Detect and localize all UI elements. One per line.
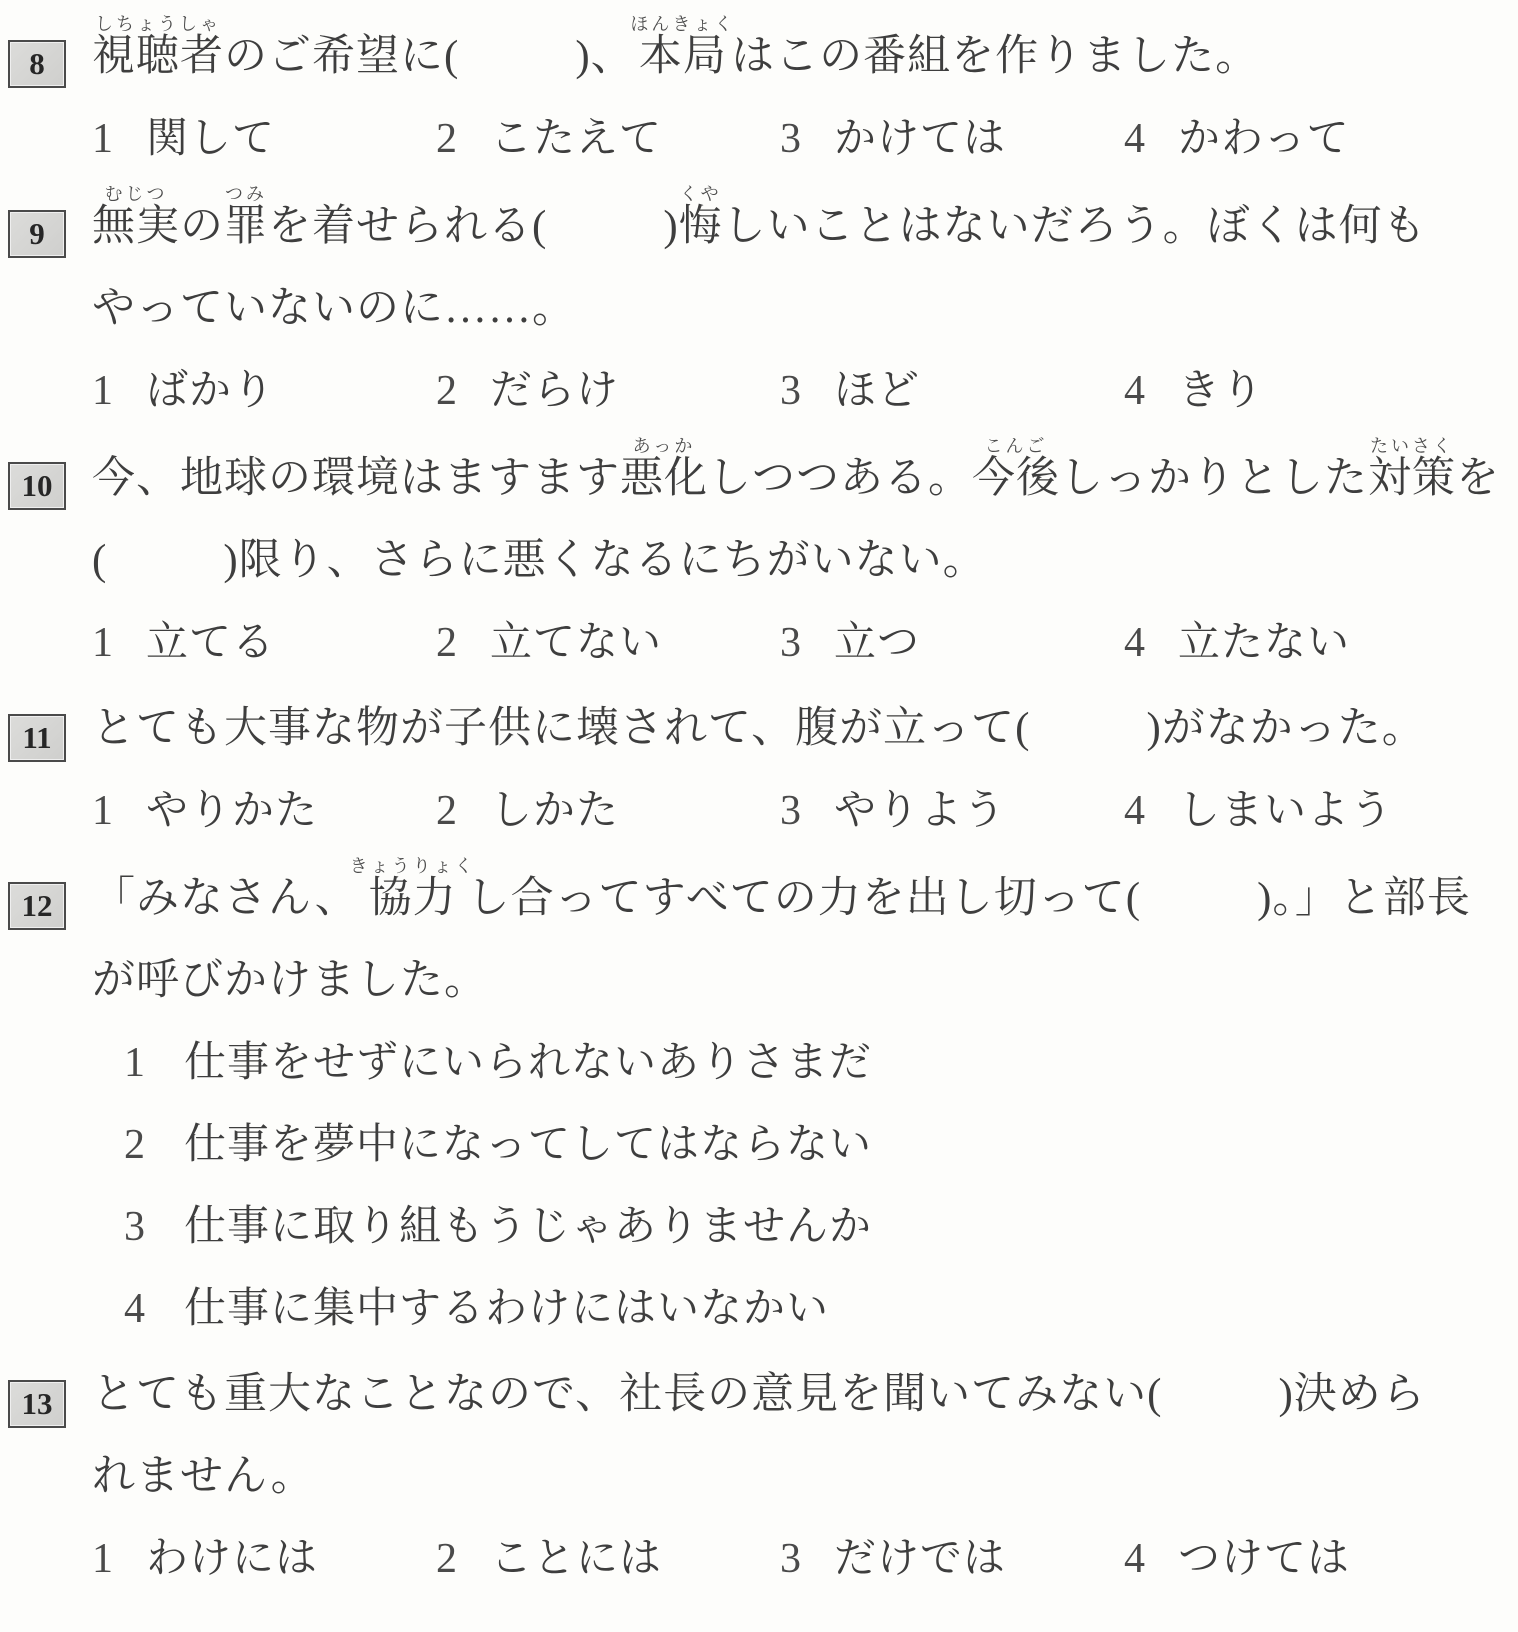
stem-text: はこの番組を作りました。 [731,33,1259,80]
furigana-reading: つみ [224,184,268,204]
furigana-base: 本局 [630,33,735,80]
option-number: 1 [92,98,114,180]
option-number: 1 [92,350,114,432]
furigana-base: 無実 [92,203,180,250]
option-label: ばかり [146,368,275,414]
furigana-ruby: 本局ほんきょく [635,33,732,80]
question-number-badge: 8 [8,40,66,88]
furigana-reading: しちょうしゃ [92,14,224,34]
option-number: 3 [780,350,802,432]
option-item: 4しまいよう [1124,770,1393,852]
option-label: 立てない [490,620,662,666]
furigana-base: 視聴者 [92,33,224,80]
option-label: やりかた [146,788,318,834]
option-number: 4 [124,1268,146,1350]
furigana-base: 対策 [1368,455,1456,502]
furigana-ruby: 罪つみ [224,203,268,250]
question-block: 8視聴者しちょうしゃのご希望に()、本局ほんきょくはこの番組を作りました。1関し… [0,14,1518,180]
option-item: 3ほど [780,350,1124,432]
stem-text: やっていないのに……。 [92,285,576,332]
option-label: ことには [490,1536,662,1582]
stem-text: とても重大なことなので、社長の意見を聞いてみない( [92,1371,1162,1418]
option-label: 仕事をせずにいられないありさまだ [184,1040,872,1086]
option-label: わけには [146,1536,318,1582]
option-item: 2だらけ [436,350,780,432]
option-number: 2 [436,770,458,852]
option-number: 2 [436,350,458,432]
question-block: 11とても大事な物が子供に壊されて、腹が立って()がなかった。1やりかた2しかた… [0,688,1518,852]
option-label: かわって [1178,116,1350,162]
stem-text: )がなかった。 [1146,705,1425,752]
question-stem-line: やっていないのに……。 [92,268,1502,350]
option-label: かけては [834,116,1006,162]
stem-text: を着せられる( [268,203,547,250]
option-number: 3 [780,770,802,852]
furigana-reading: きょうりょく [350,856,476,876]
question-block: 12「みなさん、協力きょうりょくし合ってすべての力を出し切って()。」と部長が呼… [0,856,1518,1350]
question-stem-line: とても重大なことなので、社長の意見を聞いてみない()決めら [92,1354,1502,1436]
option-item: 4仕事に集中するわけにはいなかい [92,1268,1502,1350]
furigana-base: 悪化 [620,455,708,502]
question-number-badge: 11 [8,714,66,762]
option-item: 1ばかり [92,350,436,432]
stem-text: 今、地球の環境はますます [92,455,620,502]
furigana-reading: たいさく [1368,436,1456,456]
furigana-ruby: 視聴者しちょうしゃ [92,33,224,80]
option-item: 1仕事をせずにいられないありさまだ [92,1022,1502,1104]
stem-text: し合ってすべての力を出し切って( [467,875,1141,922]
option-number: 1 [124,1022,146,1104]
furigana-base: 罪 [224,203,268,250]
option-label: つけては [1178,1536,1350,1582]
furigana-reading: あっか [620,436,708,456]
option-number: 1 [92,770,114,852]
furigana-reading: くや [679,184,723,204]
options-row: 1ばかり2だらけ3ほど4きり [92,350,1502,432]
option-item: 4立たない [1124,602,1350,684]
stem-text: )。」と部長 [1257,875,1471,922]
option-item: 3やりよう [780,770,1124,852]
stem-text: 「みなさん、 [92,875,359,922]
option-number: 4 [1124,770,1146,852]
furigana-ruby: 無実むじつ [92,203,180,250]
options-row: 1わけには2ことには3だけでは4つけては [92,1518,1502,1600]
option-item: 2立てない [436,602,780,684]
stem-text: れません。 [92,1453,315,1500]
option-label: 仕事に集中するわけにはいなかい [184,1286,829,1332]
option-number: 4 [1124,602,1146,684]
option-item: 2こたえて [436,98,780,180]
option-item: 3仕事に取り組もうじゃありませんか [92,1186,1502,1268]
question-stem-line: 視聴者しちょうしゃのご希望に()、本局ほんきょくはこの番組を作りました。 [92,14,1502,98]
furigana-ruby: 悔くや [679,203,723,250]
question-block: 13とても重大なことなので、社長の意見を聞いてみない()決められません。1わけに… [0,1354,1518,1600]
stem-text: を [1456,455,1500,502]
option-number: 4 [1124,1518,1146,1600]
option-label: 仕事に取り組もうじゃありませんか [184,1204,872,1250]
option-item: 3かけては [780,98,1124,180]
option-number: 4 [1124,98,1146,180]
option-number: 2 [436,602,458,684]
question-stem-line: 今、地球の環境はますます悪化あっかしつつある。今後こんごしっかりとした対策たいさ… [92,436,1502,520]
stem-text: が呼びかけました。 [92,957,488,1004]
question-stem-line: とても大事な物が子供に壊されて、腹が立って()がなかった。 [92,688,1502,770]
question-stem-line: が呼びかけました。 [92,940,1502,1022]
stem-text: とても大事な物が子供に壊されて、腹が立って( [92,705,1030,752]
document-page: 8視聴者しちょうしゃのご希望に()、本局ほんきょくはこの番組を作りました。1関し… [0,14,1518,1600]
stem-text: )、 [575,33,634,80]
options-row: 1関して2こたえて3かけては4かわって [92,98,1502,180]
option-number: 4 [1124,350,1146,432]
option-item: 1やりかた [92,770,436,852]
option-item: 3立つ [780,602,1124,684]
furigana-reading: むじつ [92,184,180,204]
option-label: きり [1178,368,1264,414]
option-item: 3だけでは [780,1518,1124,1600]
option-label: しかた [490,788,619,834]
question-list: 8視聴者しちょうしゃのご希望に()、本局ほんきょくはこの番組を作りました。1関し… [0,14,1518,1600]
option-number: 3 [780,98,802,180]
option-label: 立つ [834,620,920,666]
furigana-ruby: 今後こんご [972,455,1060,502]
option-item: 1わけには [92,1518,436,1600]
furigana-ruby: 対策たいさく [1368,455,1456,502]
option-item: 4きり [1124,350,1264,432]
furigana-ruby: 協力きょうりょく [359,875,467,922]
question-number-badge: 12 [8,882,66,930]
furigana-reading: ほんきょく [630,14,735,34]
option-label: だらけ [490,368,619,414]
furigana-base: 協力 [350,875,476,922]
option-item: 2しかた [436,770,780,852]
option-number: 3 [124,1186,146,1268]
option-label: やりよう [834,788,1006,834]
option-item: 2ことには [436,1518,780,1600]
question-stem-line: 無実むじつの罪つみを着せられる()悔くやしいことはないだろう。ぼくは何も [92,184,1502,268]
question-number-badge: 9 [8,210,66,258]
question-stem-line: ()限り、さらに悪くなるにちがいない。 [92,520,1502,602]
option-label: 仕事を夢中になってしてはならない [184,1122,872,1168]
option-number: 3 [780,1518,802,1600]
option-label: しまいよう [1178,788,1393,834]
furigana-base: 今後 [972,455,1060,502]
furigana-ruby: 悪化あっか [620,455,708,502]
stem-text: しつつある。 [708,455,972,502]
option-item: 2仕事を夢中になってしてはならない [92,1104,1502,1186]
furigana-reading: こんご [972,436,1060,456]
stem-text: )決めら [1278,1371,1425,1418]
option-item: 1立てる [92,602,436,684]
stem-text: ( [92,537,107,584]
option-number: 1 [92,602,114,684]
stem-text: のご希望に( [224,33,459,80]
option-item: 4つけては [1124,1518,1350,1600]
option-number: 1 [92,1518,114,1600]
option-number: 2 [436,98,458,180]
option-label: ほど [834,368,920,414]
question-stem-line: 「みなさん、協力きょうりょくし合ってすべての力を出し切って()。」と部長 [92,856,1502,940]
stem-text: の [180,203,224,250]
question-number-badge: 13 [8,1380,66,1428]
stem-text: ) [663,203,678,250]
option-number: 2 [436,1518,458,1600]
stem-text: )限り、さらに悪くなるにちがいない。 [223,537,986,584]
options-row: 1やりかた2しかた3やりよう4しまいよう [92,770,1502,852]
option-label: 立たない [1178,620,1350,666]
question-block: 9無実むじつの罪つみを着せられる()悔くやしいことはないだろう。ぼくは何もやって… [0,184,1518,432]
option-number: 3 [780,602,802,684]
option-label: だけでは [834,1536,1006,1582]
option-label: こたえて [490,116,662,162]
question-stem-line: れません。 [92,1436,1502,1518]
option-label: 関して [146,116,275,162]
question-block: 10今、地球の環境はますます悪化あっかしつつある。今後こんごしっかりとした対策た… [0,436,1518,684]
stem-text: しっかりとした [1060,455,1368,502]
option-label: 立てる [146,620,275,666]
question-number-badge: 10 [8,462,66,510]
stem-text: しいことはないだろう。ぼくは何も [723,203,1427,250]
furigana-base: 悔 [679,203,723,250]
option-number: 2 [124,1104,146,1186]
option-item: 4かわって [1124,98,1350,180]
option-item: 1関して [92,98,436,180]
options-row: 1立てる2立てない3立つ4立たない [92,602,1502,684]
